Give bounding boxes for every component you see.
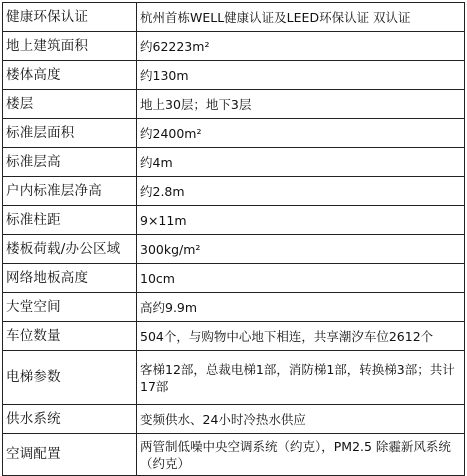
table-row: 楼体高度 约130m <box>3 61 465 90</box>
table-row: 楼板荷载/办公区域 300kg/m² <box>3 235 465 264</box>
spec-label: 供水系统 <box>3 405 137 434</box>
spec-label: 标准层高 <box>3 148 137 177</box>
spec-value: 变频供水、24小时冷热水供应 <box>137 405 465 434</box>
spec-value: 两管制低噪中央空调系统（约克），PM2.5 除霾新风系统 （约克） <box>137 434 465 476</box>
spec-label: 标准柱距 <box>3 206 137 235</box>
spec-value: 地上30层；地下3层 <box>137 90 465 119</box>
spec-label: 车位数量 <box>3 322 137 351</box>
table-row: 标准层面积 约2400m² <box>3 119 465 148</box>
table-row: 健康环保认证 杭州首栋WELL健康认证及LEED环保认证 双认证 <box>3 3 465 32</box>
spec-value: 10cm <box>137 264 465 293</box>
table-row: 空调配置 两管制低噪中央空调系统（约克），PM2.5 除霾新风系统 （约克） <box>3 434 465 476</box>
table-row: 楼层 地上30层；地下3层 <box>3 90 465 119</box>
spec-value: 约2.8m <box>137 177 465 206</box>
spec-label: 楼体高度 <box>3 61 137 90</box>
spec-label: 大堂空间 <box>3 293 137 322</box>
spec-value: 客梯12部，总裁电梯1部，消防梯1部，转换梯3部；共计17部 <box>137 351 465 405</box>
spec-label: 楼层 <box>3 90 137 119</box>
spec-value: 9×11m <box>137 206 465 235</box>
table-row: 户内标准层净高 约2.8m <box>3 177 465 206</box>
spec-value: 杭州首栋WELL健康认证及LEED环保认证 双认证 <box>137 3 465 32</box>
table-row: 标准层高 约4m <box>3 148 465 177</box>
table-row: 网络地板高度 10cm <box>3 264 465 293</box>
spec-value: 504个，与购物中心地下相连，共享潮汐车位2612个 <box>137 322 465 351</box>
spec-value: 300kg/m² <box>137 235 465 264</box>
spec-label: 户内标准层净高 <box>3 177 137 206</box>
spec-label: 楼板荷载/办公区域 <box>3 235 137 264</box>
spec-label: 地上建筑面积 <box>3 32 137 61</box>
table-row: 地上建筑面积 约62223m² <box>3 32 465 61</box>
spec-value: 高约9.9m <box>137 293 465 322</box>
spec-label: 电梯参数 <box>3 351 137 405</box>
spec-value: 约130m <box>137 61 465 90</box>
spec-value: 约62223m² <box>137 32 465 61</box>
spec-value: 约2400m² <box>137 119 465 148</box>
table-row: 车位数量 504个，与购物中心地下相连，共享潮汐车位2612个 <box>3 322 465 351</box>
spec-label: 空调配置 <box>3 434 137 476</box>
spec-value: 约4m <box>137 148 465 177</box>
table-row: 大堂空间 高约9.9m <box>3 293 465 322</box>
building-spec-table: 健康环保认证 杭州首栋WELL健康认证及LEED环保认证 双认证 地上建筑面积 … <box>2 2 465 476</box>
spec-label: 标准层面积 <box>3 119 137 148</box>
spec-label: 网络地板高度 <box>3 264 137 293</box>
spec-label: 健康环保认证 <box>3 3 137 32</box>
table-row: 电梯参数 客梯12部，总裁电梯1部，消防梯1部，转换梯3部；共计17部 <box>3 351 465 405</box>
table-row: 供水系统 变频供水、24小时冷热水供应 <box>3 405 465 434</box>
table-row: 标准柱距 9×11m <box>3 206 465 235</box>
